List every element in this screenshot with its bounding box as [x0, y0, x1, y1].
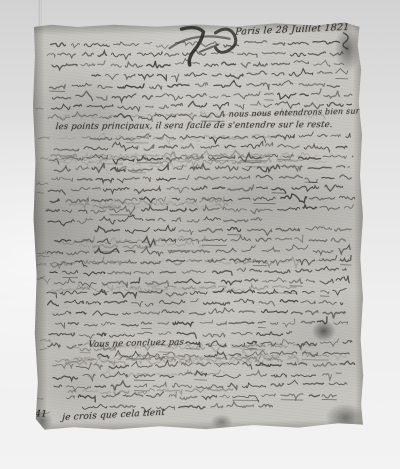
manuscript-page: Paris le 28 Juillet 1821 nous nous enten… — [31, 21, 364, 432]
folio-number: 41 — [35, 409, 47, 420]
handwriting-lines — [31, 21, 364, 432]
photograph-background: Paris le 28 Juillet 1821 nous nous enten… — [0, 0, 400, 469]
backdrop-crease — [38, 0, 42, 26]
paper-edge-shadow-right — [352, 21, 364, 429]
stain-right-middle — [308, 317, 340, 345]
stain-bottom-right — [318, 399, 372, 437]
